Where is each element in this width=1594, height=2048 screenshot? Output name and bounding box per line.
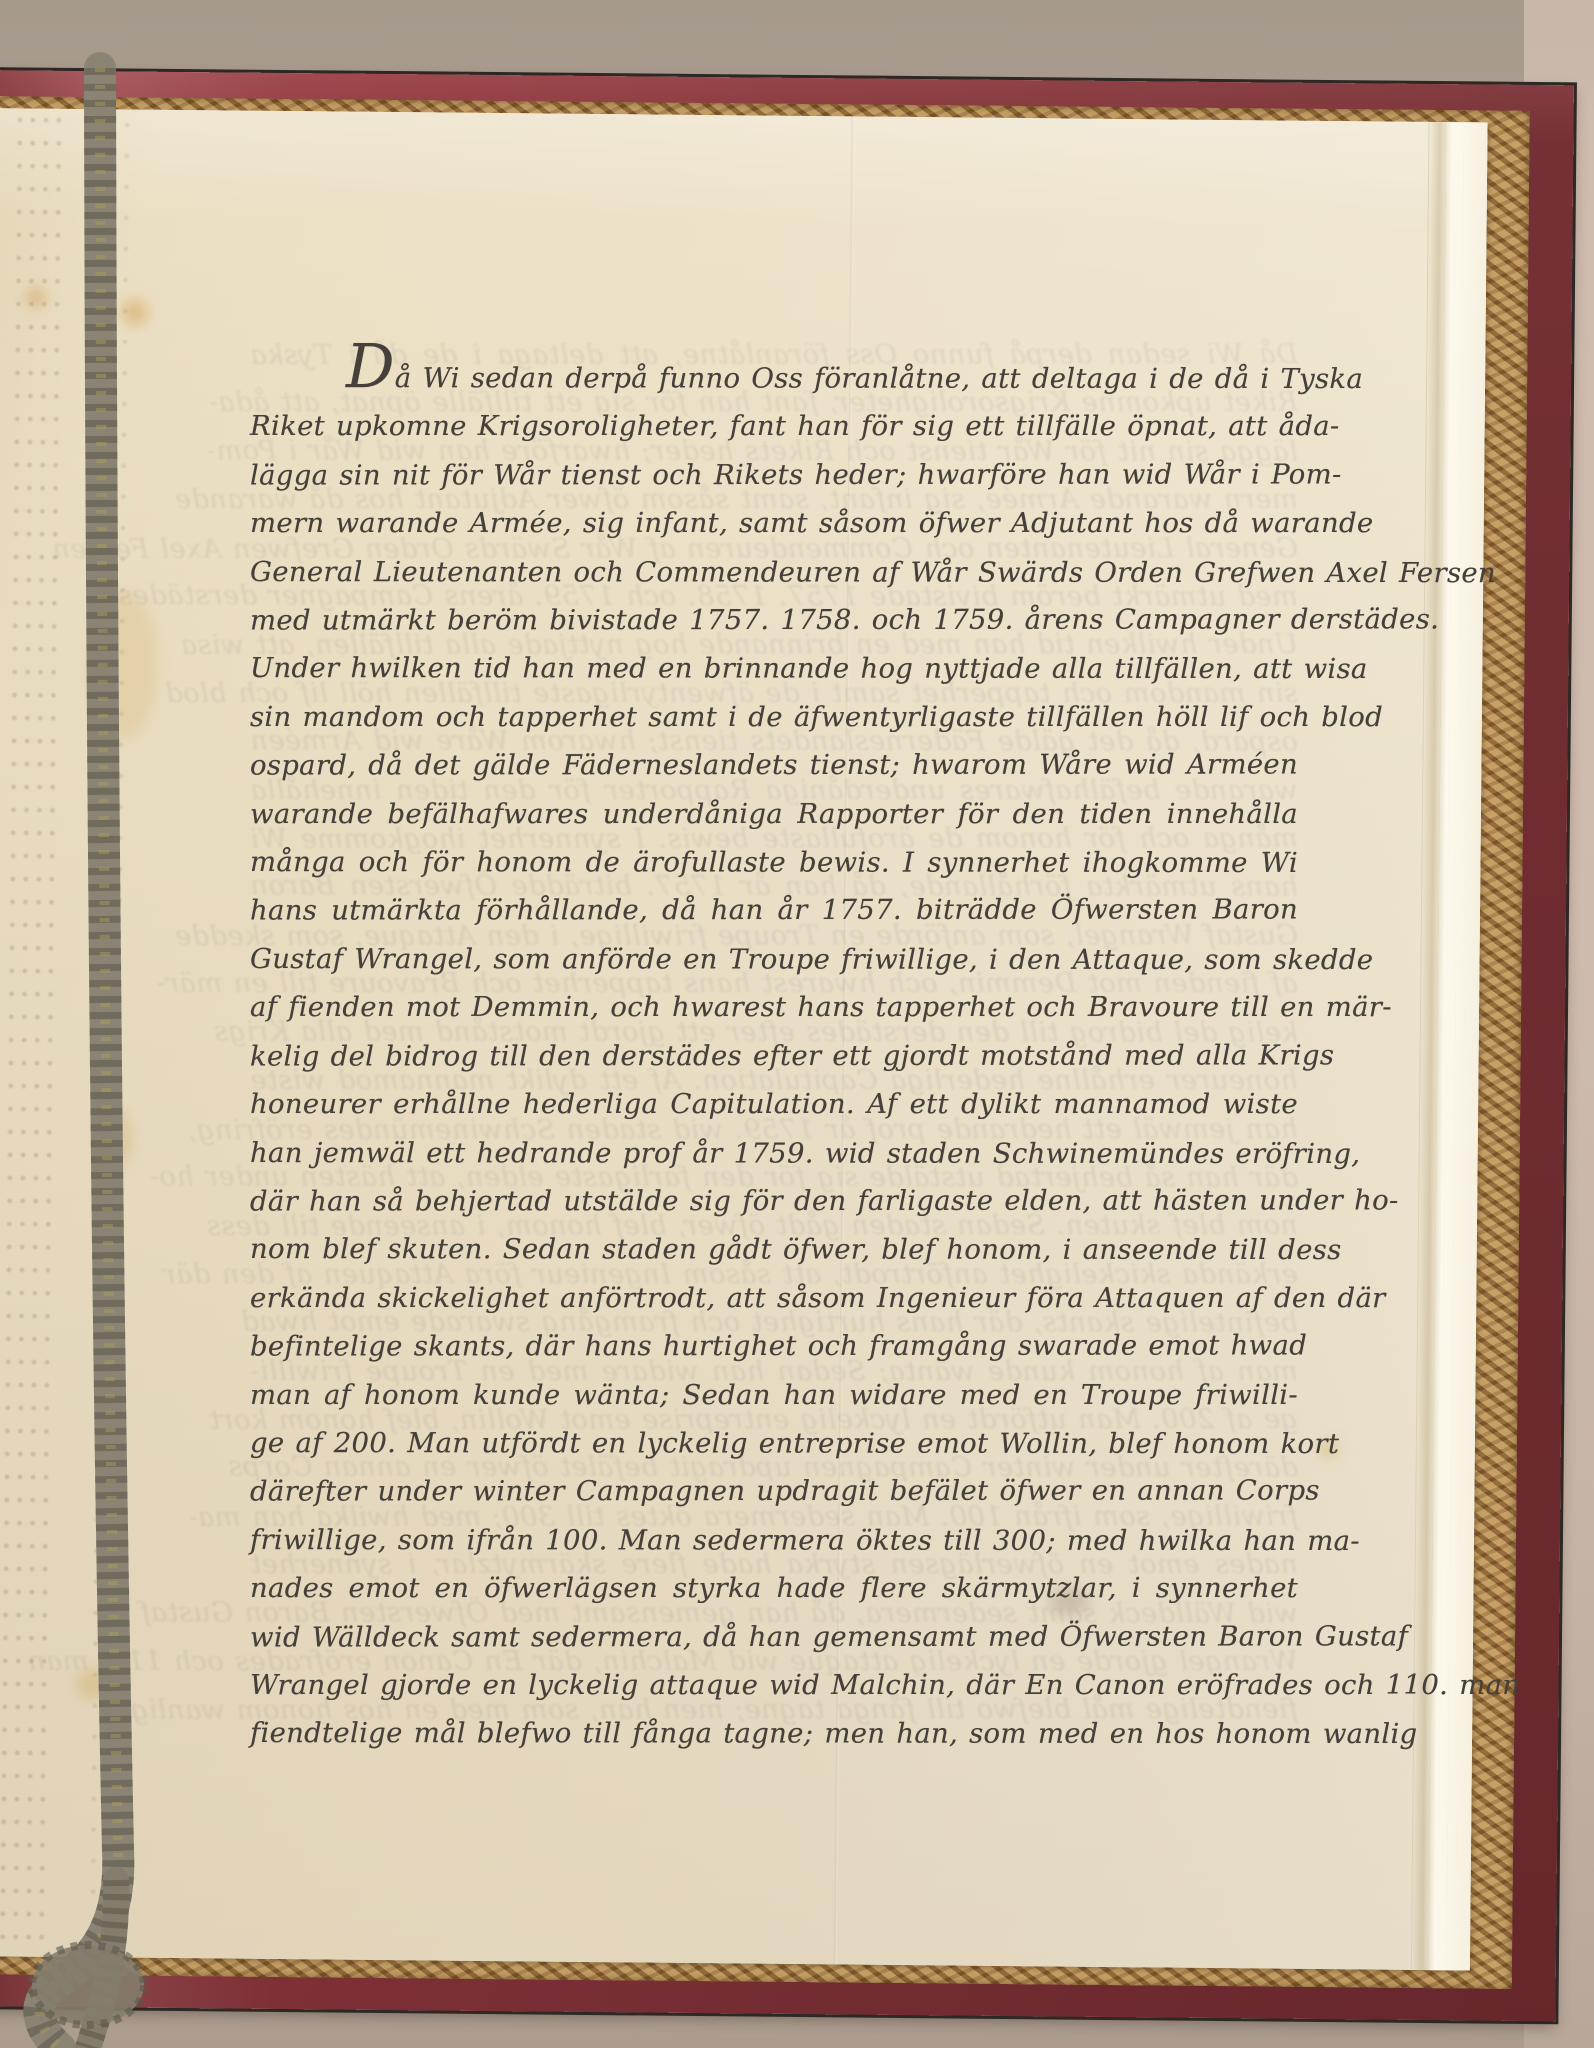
- manuscript-scan: Då Wi sedan derpå funno Oss föranlåtne, …: [0, 0, 1594, 2048]
- bookmark-cord: [0, 0, 1594, 2048]
